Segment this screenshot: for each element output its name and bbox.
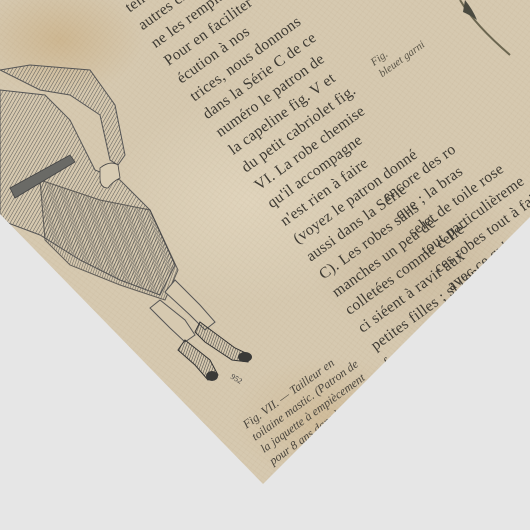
photo-scene: 952 lures robe q tent s'a autres chap ne…	[0, 0, 530, 530]
text-line: alors o fr.	[481, 260, 530, 350]
text-line: et l	[520, 313, 530, 403]
text-line: Des costumes pay-	[444, 358, 530, 463]
text-line: guimpe d'organdi.	[431, 340, 530, 445]
text-line: ces, on tire cette année	[470, 394, 530, 499]
flower-engraving-icon	[455, 0, 530, 60]
text-line: paye au	[494, 278, 530, 368]
plate-number: 952	[229, 372, 244, 386]
vintage-paper-sheet: 952 lures robe q tent s'a autres chap ne…	[0, 0, 530, 530]
text-line: robe par une petite	[418, 322, 530, 427]
text-line: sans de nos provin-	[457, 376, 530, 481]
text-line: on pe	[507, 296, 530, 386]
